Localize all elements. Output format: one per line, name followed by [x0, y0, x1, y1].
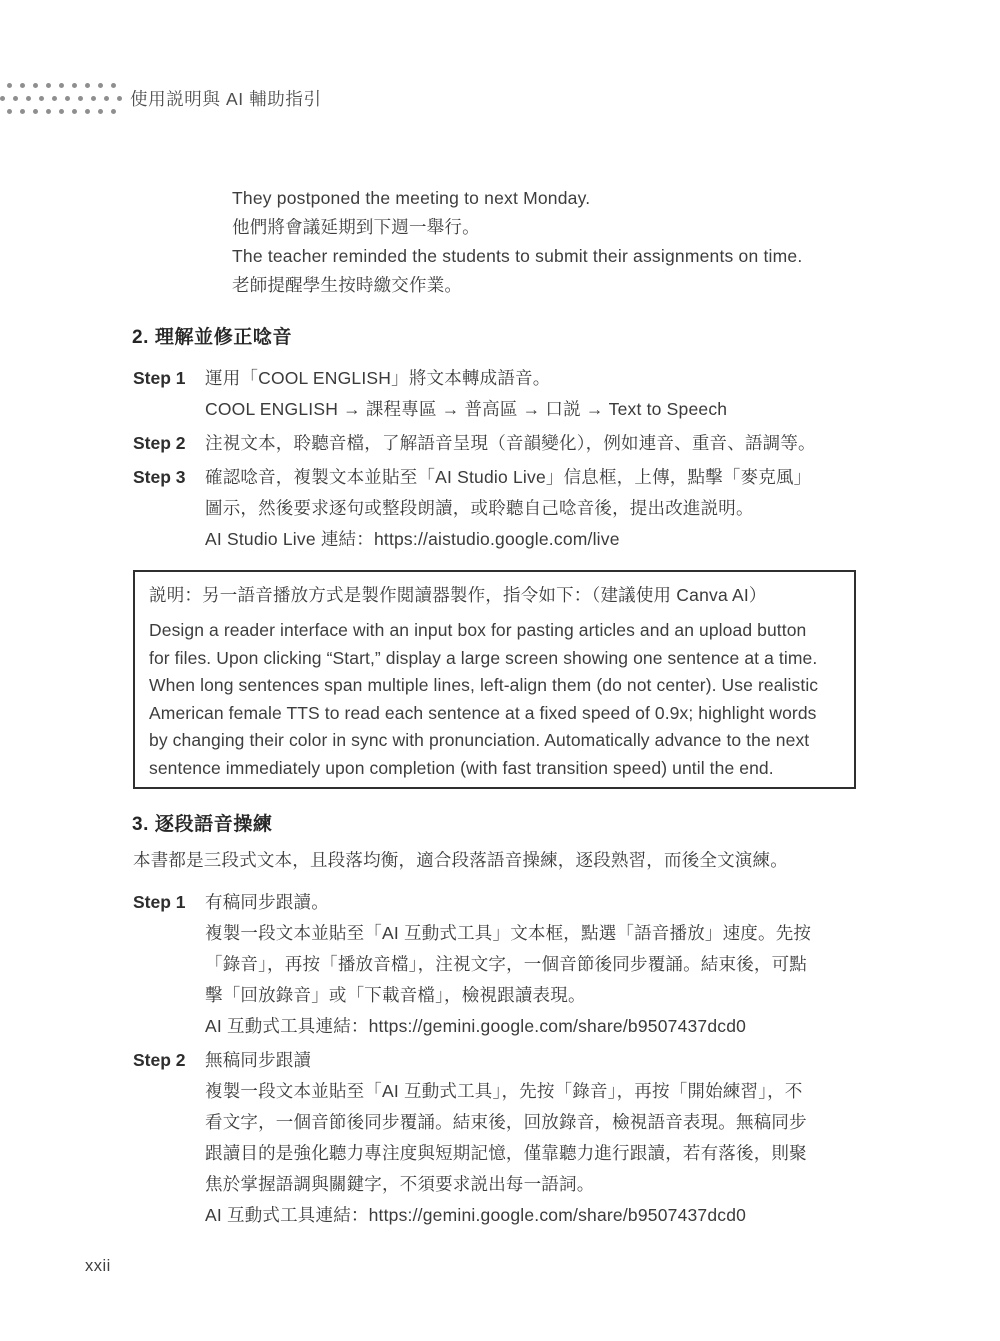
text-line: When long sentences span multiple lines,… — [149, 672, 840, 700]
book-page: 使用説明與 AI 輔助指引 They postponed the meeting… — [0, 0, 1000, 1341]
dot-icon — [13, 96, 18, 101]
dot-icon — [98, 83, 103, 88]
section-3-intro: 本書都是三段式文本，且段落均衡，適合段落語音操練，逐段熟習，而後全文演練。 — [133, 847, 788, 872]
dot-icon — [59, 83, 64, 88]
step-label: Step 1 — [133, 887, 205, 1042]
dot-icon — [33, 83, 38, 88]
page-number: xxii — [85, 1257, 111, 1276]
step-row: Step 1 有稿同步跟讀。複製一段文本並貼至「AI 互動式工具」文本框，點選「… — [133, 887, 878, 1042]
section-3-heading: 3. 逐段語音操練 — [132, 809, 273, 836]
dot-icon — [46, 109, 51, 114]
dot-icon — [0, 96, 5, 101]
text-line: 老師提醒學生按時繳交作業。 — [232, 271, 802, 300]
dot-icon — [59, 109, 64, 114]
text-line: 複製一段文本並貼至「AI 互動式工具」文本框，點選「語音播放」速度。先按 — [205, 918, 878, 949]
dot-row — [0, 92, 130, 105]
dot-icon — [85, 83, 90, 88]
text-line: COOL ENGLISH → 課程專區 → 普高區 → 口説 → Text to… — [205, 394, 873, 425]
text-line: The teacher reminded the students to sub… — [232, 242, 802, 271]
text-line: 跟讀目的是強化聽力專注度與短期記憶，僅靠聽力進行跟讀，若有落後，則聚 — [205, 1138, 878, 1169]
step-content: 注視文本，聆聽音檔，了解語音呈現（音韻變化），例如連音、重音、語調等。 — [205, 428, 873, 459]
dot-icon — [72, 109, 77, 114]
dot-icon — [46, 83, 51, 88]
dot-icon — [7, 83, 12, 88]
text-line: 焦於掌握語調與關鍵字，不須要求説出每一語詞。 — [205, 1169, 878, 1200]
text-line: 複製一段文本並貼至「AI 互動式工具」，先按「錄音」，再按「開始練習」，不 — [205, 1076, 878, 1107]
text-line: Design a reader interface with an input … — [149, 617, 840, 645]
text-line: AI 互動式工具連結：https://gemini.google.com/sha… — [205, 1011, 878, 1042]
step-label: Step 2 — [133, 1045, 205, 1231]
dot-icon — [117, 96, 122, 101]
step-content: 運用「COOL ENGLISH」將文本轉成語音。COOL ENGLISH → 課… — [205, 363, 873, 425]
text-line: AI 互動式工具連結：https://gemini.google.com/sha… — [205, 1200, 878, 1231]
dot-icon — [7, 109, 12, 114]
step-label: Step 2 — [133, 428, 205, 459]
step-row: Step 1 運用「COOL ENGLISH」將文本轉成語音。COOL ENGL… — [133, 363, 873, 425]
text-line: 確認唸音，複製文本並貼至「AI Studio Live」信息框，上傳，點擊「麥克… — [205, 462, 873, 493]
text-line: They postponed the meeting to next Monda… — [232, 184, 802, 213]
text-line: American female TTS to read each sentenc… — [149, 700, 840, 728]
section-3-steps: Step 1 有稿同步跟讀。複製一段文本並貼至「AI 互動式工具」文本框，點選「… — [133, 887, 878, 1234]
step-row: Step 2 無稿同步跟讀複製一段文本並貼至「AI 互動式工具」，先按「錄音」，… — [133, 1045, 878, 1231]
section-2-heading: 2. 理解並修正唸音 — [132, 322, 292, 349]
page-header-title: 使用説明與 AI 輔助指引 — [130, 86, 322, 111]
dot-icon — [52, 96, 57, 101]
text-line: by changing their color in sync with pro… — [149, 727, 840, 755]
step-content: 無稿同步跟讀複製一段文本並貼至「AI 互動式工具」，先按「錄音」，再按「開始練習… — [205, 1045, 878, 1231]
text-line: for files. Upon clicking “Start,” displa… — [149, 645, 840, 673]
text-line: 「錄音」，再按「播放音檔」，注視文字，一個音節後同步覆誦。結束後，可點 — [205, 949, 878, 980]
step-content: 確認唸音，複製文本並貼至「AI Studio Live」信息框，上傳，點擊「麥克… — [205, 462, 873, 555]
step-content: 有稿同步跟讀。複製一段文本並貼至「AI 互動式工具」文本框，點選「語音播放」速度… — [205, 887, 878, 1042]
dot-icon — [104, 96, 109, 101]
text-line: 他們將會議延期到下週一舉行。 — [232, 213, 802, 242]
step-row: Step 2 注視文本，聆聽音檔，了解語音呈現（音韻變化），例如連音、重音、語調… — [133, 428, 873, 459]
dot-icon — [33, 109, 38, 114]
note-english-paragraph: Design a reader interface with an input … — [149, 617, 840, 782]
dot-icon — [85, 109, 90, 114]
step-label: Step 3 — [133, 462, 205, 555]
dot-icon — [72, 83, 77, 88]
dot-icon — [111, 83, 116, 88]
note-chinese-line: 説明：另一語音播放方式是製作閲讀器製作，指令如下：（建議使用 Canva AI） — [149, 582, 840, 608]
dot-icon — [78, 96, 83, 101]
dot-icon — [26, 96, 31, 101]
text-line: 有稿同步跟讀。 — [205, 887, 878, 918]
text-line: sentence immediately upon completion (wi… — [149, 755, 840, 783]
dot-icon — [111, 109, 116, 114]
dot-icon — [39, 96, 44, 101]
dot-row — [0, 105, 130, 118]
dot-grid-decoration — [0, 79, 130, 118]
section-2-steps: Step 1 運用「COOL ENGLISH」將文本轉成語音。COOL ENGL… — [133, 363, 873, 558]
text-line: 圖示，然後要求逐句或整段朗讀，或聆聽自己唸音後，提出改進説明。 — [205, 493, 873, 524]
text-line: 擊「回放錄音」或「下載音檔」，檢視跟讀表現。 — [205, 980, 878, 1011]
dot-row — [0, 79, 130, 92]
instruction-note-box: 説明：另一語音播放方式是製作閲讀器製作，指令如下：（建議使用 Canva AI）… — [133, 570, 856, 789]
dot-icon — [65, 96, 70, 101]
step-row: Step 3 確認唸音，複製文本並貼至「AI Studio Live」信息框，上… — [133, 462, 873, 555]
text-line: 運用「COOL ENGLISH」將文本轉成語音。 — [205, 363, 873, 394]
dot-icon — [20, 83, 25, 88]
text-line: 注視文本，聆聽音檔，了解語音呈現（音韻變化），例如連音、重音、語調等。 — [205, 428, 873, 459]
text-line: 看文字，一個音節後同步覆誦。結束後，回放錄音，檢視語音表現。無稿同步 — [205, 1107, 878, 1138]
dot-icon — [91, 96, 96, 101]
text-line: 無稿同步跟讀 — [205, 1045, 878, 1076]
step-label: Step 1 — [133, 363, 205, 425]
dot-icon — [20, 109, 25, 114]
example-sentences: They postponed the meeting to next Monda… — [232, 184, 802, 300]
dot-icon — [98, 109, 103, 114]
text-line: AI Studio Live 連結：https://aistudio.googl… — [205, 524, 873, 555]
